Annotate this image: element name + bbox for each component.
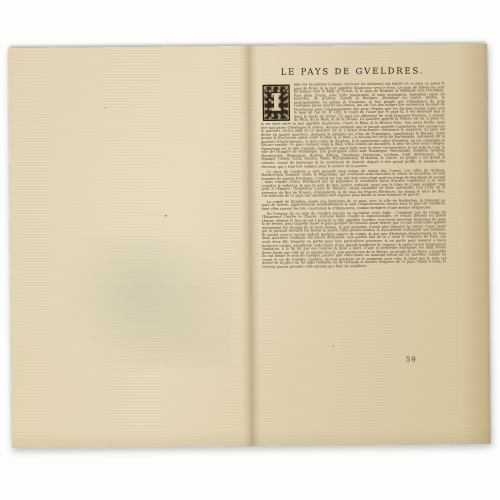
scan-background: LE PAYS DE GVELDRES. IAdis les Sicambres… [0, 0, 500, 500]
paragraph-zutphen: La comté de Zutphen, assise aux frontier… [262, 199, 446, 211]
opening-paragraph: IAdis les Sicambres (comme escrivent les… [261, 82, 446, 169]
paragraph-name-legend: De l'origine de ce nom de Gueldre aucuns… [262, 211, 446, 269]
fold-crease [239, 46, 260, 446]
map-showthrough [65, 236, 231, 367]
paragraph-duchy-history: Ce pays de Gueldres a esté possedé long … [261, 169, 445, 199]
foxing-speck [105, 107, 107, 108]
foxing-speck [333, 345, 334, 347]
woodcut-initial: I [263, 85, 290, 121]
page-title: LE PAYS DE GVELDRES. [260, 66, 444, 78]
page-number: 59 [406, 356, 417, 364]
text-column: LE PAYS DE GVELDRES. IAdis les Sicambres… [260, 66, 446, 270]
paper-sheet: LE PAYS DE GVELDRES. IAdis les Sicambres… [8, 44, 490, 448]
foxing-speck [165, 215, 167, 217]
woodcut-initial-letter: I [264, 86, 289, 119]
body-text: IAdis les Sicambres (comme escrivent les… [261, 82, 447, 269]
